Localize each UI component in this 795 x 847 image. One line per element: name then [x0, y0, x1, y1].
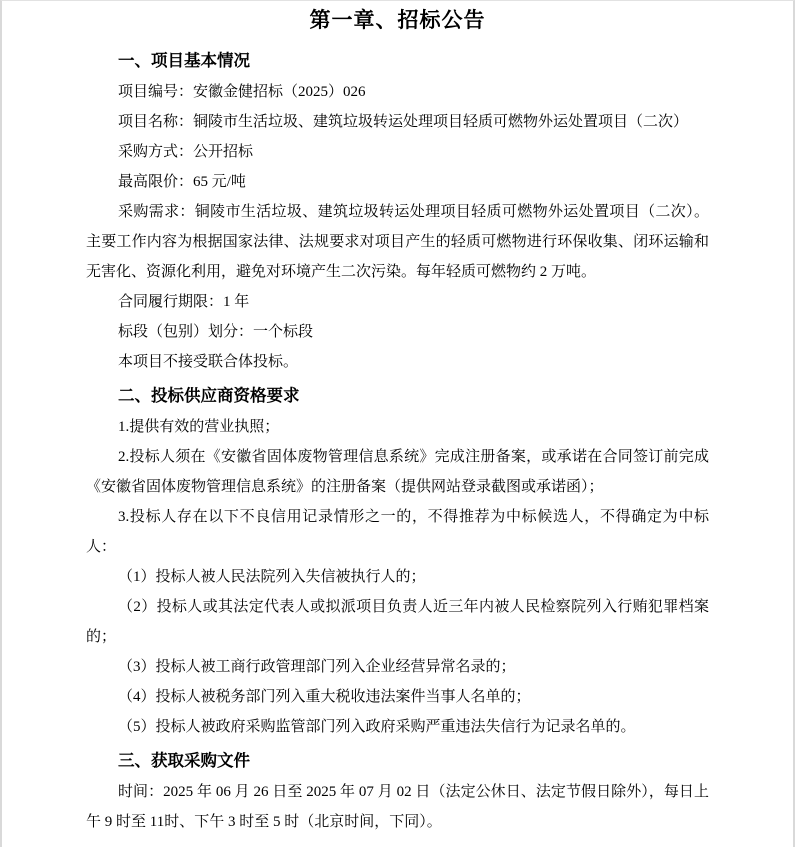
para-procurement-requirements: 采购需求：铜陵市生活垃圾、建筑垃圾转运处理项目轻质可燃物外运处置项目（二次）。主…	[86, 197, 709, 287]
item-business-license: 1.提供有效的营业执照；	[86, 412, 709, 442]
subitem-major-tax-violation: （4）投标人被税务部门列入重大税收违法案件当事人名单的；	[86, 682, 709, 712]
subitem-abnormal-operation-list: （3）投标人被工商行政管理部门列入企业经营异常名录的；	[86, 652, 709, 682]
para-document-obtain-time: 时间：2025 年 06 月 26 日至 2025 年 07 月 02 日（法定…	[86, 777, 709, 837]
subitem-bribery-records: （2）投标人或其法定代表人或拟派项目负责人近三年内被人民检察院列入行贿犯罪档案的…	[86, 592, 709, 652]
document-content: 第一章、招标公告 一、项目基本情况 项目编号：安徽金健招标（2025）026 项…	[2, 1, 793, 847]
item-bad-credit-records: 3.投标人存在以下不良信用记录情形之一的，不得推荐为中标候选人，不得确定为中标人…	[86, 502, 709, 562]
line-project-name: 项目名称：铜陵市生活垃圾、建筑垃圾转运处理项目轻质可燃物外运处置项目（二次）	[86, 107, 709, 137]
subitem-dishonest-executee: （1）投标人被人民法院列入失信被执行人的；	[86, 562, 709, 592]
line-lot-division: 标段（包别）划分：一个标段	[86, 317, 709, 347]
item-registration-requirement: 2.投标人须在《安徽省固体废物管理信息系统》完成注册备案，或承诺在合同签订前完成…	[86, 442, 709, 502]
subitem-procurement-violation-list: （5）投标人被政府采购监管部门列入政府采购严重违法失信行为记录名单的。	[86, 712, 709, 742]
line-contract-period: 合同履行期限：1 年	[86, 287, 709, 317]
line-max-price: 最高限价：65 元/吨	[86, 167, 709, 197]
section-heading-obtain-documents: 三、获取采购文件	[86, 746, 709, 776]
section-heading-supplier-qualifications: 二、投标供应商资格要求	[86, 381, 709, 411]
section-heading-project-info: 一、项目基本情况	[86, 46, 709, 76]
line-project-number: 项目编号：安徽金健招标（2025）026	[86, 77, 709, 107]
document-page: 第一章、招标公告 一、项目基本情况 项目编号：安徽金健招标（2025）026 项…	[0, 0, 795, 847]
document-title: 第一章、招标公告	[86, 5, 709, 37]
line-no-consortium-bids: 本项目不接受联合体投标。	[86, 347, 709, 377]
line-procurement-method: 采购方式：公开招标	[86, 137, 709, 167]
